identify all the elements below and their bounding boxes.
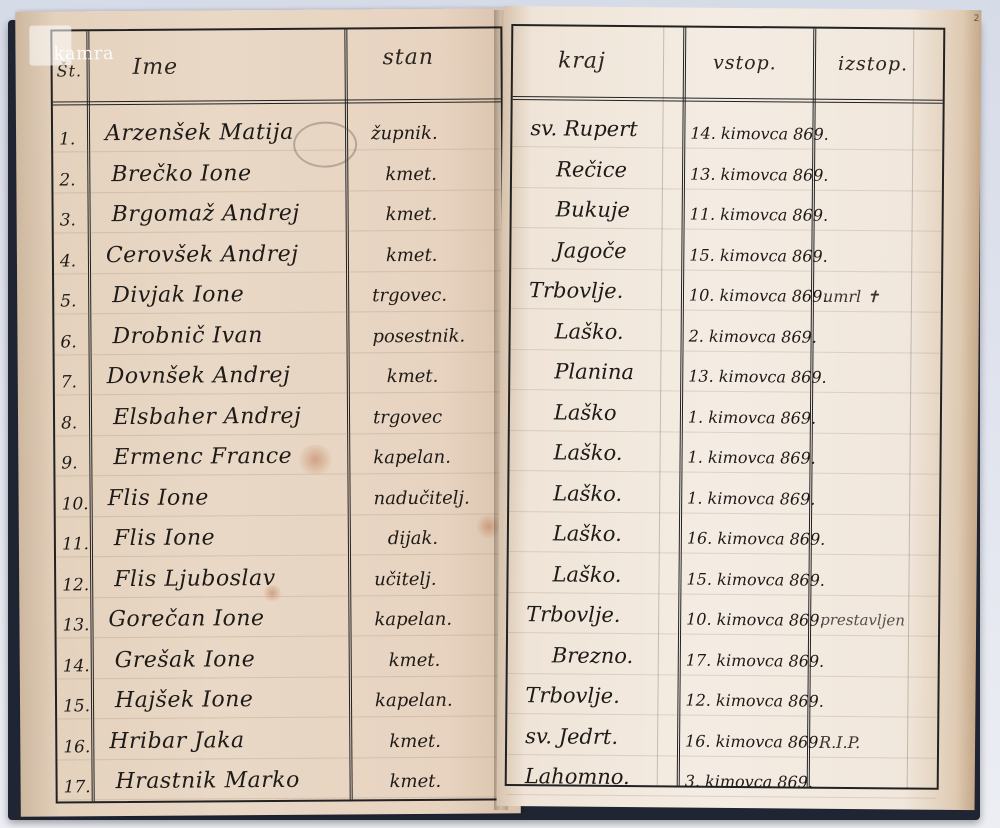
row-place: Laško. <box>554 440 623 465</box>
row-number: 9. <box>61 453 77 473</box>
row-number: 13. <box>62 615 89 635</box>
row-number: 6. <box>60 332 76 352</box>
row-number: 15. <box>63 696 90 716</box>
ruled-line <box>56 513 504 517</box>
row-status: kmet. <box>386 204 438 225</box>
row-name: Dovnšek Andrej <box>107 363 291 389</box>
ruled-line <box>53 189 501 193</box>
right-rows: sv. Rupert14. kimovca 869.Rečice13. kimo… <box>513 26 943 30</box>
page-number: 2 <box>974 14 980 24</box>
row-name: Flis Ljuboslav <box>114 565 276 591</box>
row-number: 7. <box>61 372 77 392</box>
row-place: Lahomno. <box>525 764 630 789</box>
ruled-line <box>508 672 938 677</box>
row-status: kmet. <box>390 771 442 792</box>
row-status: posestnik. <box>372 325 465 347</box>
row-exit-note: prestavljen <box>820 611 905 630</box>
ruled-line <box>54 270 502 274</box>
row-place: Trbovlje. <box>529 278 624 303</box>
row-place: Laško. <box>552 562 621 587</box>
row-exit-note: umrl ✝ <box>823 287 880 306</box>
parish-stamp <box>293 121 357 167</box>
row-status: kmet. <box>386 244 438 265</box>
ruled-line <box>58 796 506 800</box>
row-entry-date: 1. kimovca 869. <box>687 488 815 508</box>
row-place: Trbovlje. <box>525 683 620 708</box>
ruled-line <box>53 148 501 152</box>
ruled-line <box>509 510 939 515</box>
row-place: Laško <box>554 400 617 425</box>
row-name: Gorečan Ione <box>108 606 264 632</box>
row-entry-date: 12. kimovca 869. <box>685 691 824 711</box>
ruled-line <box>55 472 503 476</box>
column-divider <box>86 31 97 801</box>
row-status: kapelan. <box>375 690 453 712</box>
ruled-line <box>57 634 505 638</box>
row-name: Flis Ione <box>108 485 209 511</box>
ruled-line <box>55 351 503 355</box>
row-number: 8. <box>61 413 77 433</box>
row-entry-date: 13. kimovca 869. <box>690 164 829 184</box>
row-status: kmet. <box>389 649 441 670</box>
row-number: 11. <box>62 534 89 554</box>
ruled-line <box>55 391 503 395</box>
row-status: župnik. <box>371 123 438 144</box>
row-entry-date: 3. kimovca 869. <box>685 772 813 792</box>
row-number: 14. <box>63 656 90 676</box>
right-page: kraj vstop. izstop. sv. Rupert14. kimovc… <box>497 6 982 810</box>
row-status: trgovec <box>373 406 442 427</box>
ruled-line <box>56 553 504 557</box>
ledger-table-right: kraj vstop. izstop. sv. Rupert14. kimovc… <box>505 24 946 790</box>
ruled-line <box>508 591 938 596</box>
row-place: Bukuje <box>556 197 630 222</box>
header-status: stan <box>382 45 434 70</box>
row-name: Elsbaher Andrej <box>113 403 301 429</box>
row-entry-date: 16. kimovca 869. <box>687 529 826 549</box>
row-status: kmet. <box>387 366 439 387</box>
row-status: dijak. <box>388 528 438 549</box>
row-status: kmet. <box>389 730 441 751</box>
row-number: 1. <box>59 129 75 149</box>
ruled-line <box>512 146 942 151</box>
ruled-line <box>54 229 502 233</box>
ruled-line <box>511 268 941 273</box>
stain <box>295 445 335 475</box>
ruled-line <box>510 389 940 394</box>
row-name: Hrastnik Marko <box>115 768 299 794</box>
row-name: Arzenšek Matija <box>105 120 294 146</box>
row-number: 3. <box>60 210 76 230</box>
ruled-line <box>54 310 502 314</box>
ruled-line <box>512 187 942 192</box>
stain <box>261 585 283 601</box>
row-entry-date: 10. kimovca 869. <box>689 286 828 306</box>
ruled-line <box>510 430 940 435</box>
row-name: Drobnič Ivan <box>112 323 263 349</box>
ruled-line <box>55 432 503 436</box>
header-name: Ime <box>133 55 179 80</box>
header-entry: vstop. <box>713 52 777 75</box>
faint-column-rule <box>657 27 665 785</box>
row-status: kapelan. <box>373 447 451 469</box>
header-place: kraj <box>558 48 606 73</box>
row-entry-date: 15. kimovca 869. <box>689 245 828 265</box>
row-name: Ermenc France <box>113 444 292 470</box>
row-entry-date: 11. kimovca 869. <box>690 205 829 225</box>
row-number: 5. <box>60 291 76 311</box>
row-name: Grešak Ione <box>115 647 256 673</box>
ledger-table-left: Št. Ime stan 1.Arzenšek Matijažupnik.2.B… <box>50 26 507 803</box>
row-status: nadučitelj. <box>374 487 470 509</box>
row-entry-date: 16. kimovca 869. <box>685 731 824 751</box>
faint-column-rule <box>907 30 915 788</box>
row-status: kapelan. <box>374 609 452 631</box>
row-name: Divjak Ione <box>112 282 244 308</box>
row-exit-note: R.I.P. <box>819 732 860 751</box>
ruled-line <box>57 756 505 760</box>
row-entry-date: 13. kimovca 869. <box>688 367 827 387</box>
row-name: Brečko Ione <box>111 161 251 187</box>
row-status: učitelj. <box>374 568 437 589</box>
row-number: 17. <box>64 777 91 797</box>
row-name: Brgomaž Andrej <box>112 201 300 227</box>
row-name: Cerovšek Andrej <box>106 241 299 267</box>
row-place: Laško. <box>553 481 622 506</box>
header-exit: izstop. <box>838 53 908 76</box>
row-place: Jagoče <box>555 238 626 263</box>
ruled-line <box>507 753 937 758</box>
row-place: Planina <box>554 359 634 384</box>
row-place: Rečice <box>556 157 627 182</box>
row-entry-date: 1. kimovca 869. <box>687 448 815 468</box>
ruled-line <box>512 227 942 232</box>
ruled-line <box>507 794 937 799</box>
row-place: sv. Rupert <box>530 116 637 141</box>
ruled-line <box>57 675 505 679</box>
row-name: Hajšek Ione <box>115 687 254 713</box>
row-number: 10. <box>62 494 89 514</box>
row-entry-date: 10. kimovca 869. <box>686 610 825 630</box>
ruled-line <box>511 349 941 354</box>
row-place: sv. Jedrt. <box>525 724 618 749</box>
header-divider <box>53 98 501 107</box>
watermark-text: kamra <box>53 43 114 64</box>
row-place: Trbovlje. <box>526 602 621 627</box>
row-entry-date: 2. kimovca 869. <box>689 326 817 346</box>
left-rows: 1.Arzenšek Matijažupnik.2.Brečko Ionekme… <box>52 28 500 31</box>
ruled-line <box>511 308 941 313</box>
row-place: Laško. <box>555 319 624 344</box>
row-number: 4. <box>60 251 76 271</box>
row-status: kmet. <box>385 163 437 184</box>
ruled-line <box>57 715 505 719</box>
ruled-line <box>509 551 939 556</box>
row-entry-date: 15. kimovca 869. <box>686 569 825 589</box>
row-place: Brezno. <box>552 643 634 668</box>
row-status: trgovec. <box>372 285 447 307</box>
row-place: Laško. <box>553 521 622 546</box>
ruled-line <box>509 470 939 475</box>
row-name: Flis Ione <box>114 525 215 551</box>
ruled-line <box>507 713 937 718</box>
row-name: Hribar Jaka <box>109 728 245 754</box>
row-entry-date: 14. kimovca 869. <box>690 124 829 144</box>
row-entry-date: 1. kimovca 869. <box>688 407 816 427</box>
row-number: 12. <box>62 575 89 595</box>
row-number: 2. <box>59 170 75 190</box>
header-divider <box>513 96 943 106</box>
left-page: Št. Ime stan 1.Arzenšek Matijažupnik.2.B… <box>15 8 521 816</box>
ruled-line <box>508 632 938 637</box>
row-entry-date: 17. kimovca 869. <box>686 650 825 670</box>
row-number: 16. <box>63 737 90 757</box>
